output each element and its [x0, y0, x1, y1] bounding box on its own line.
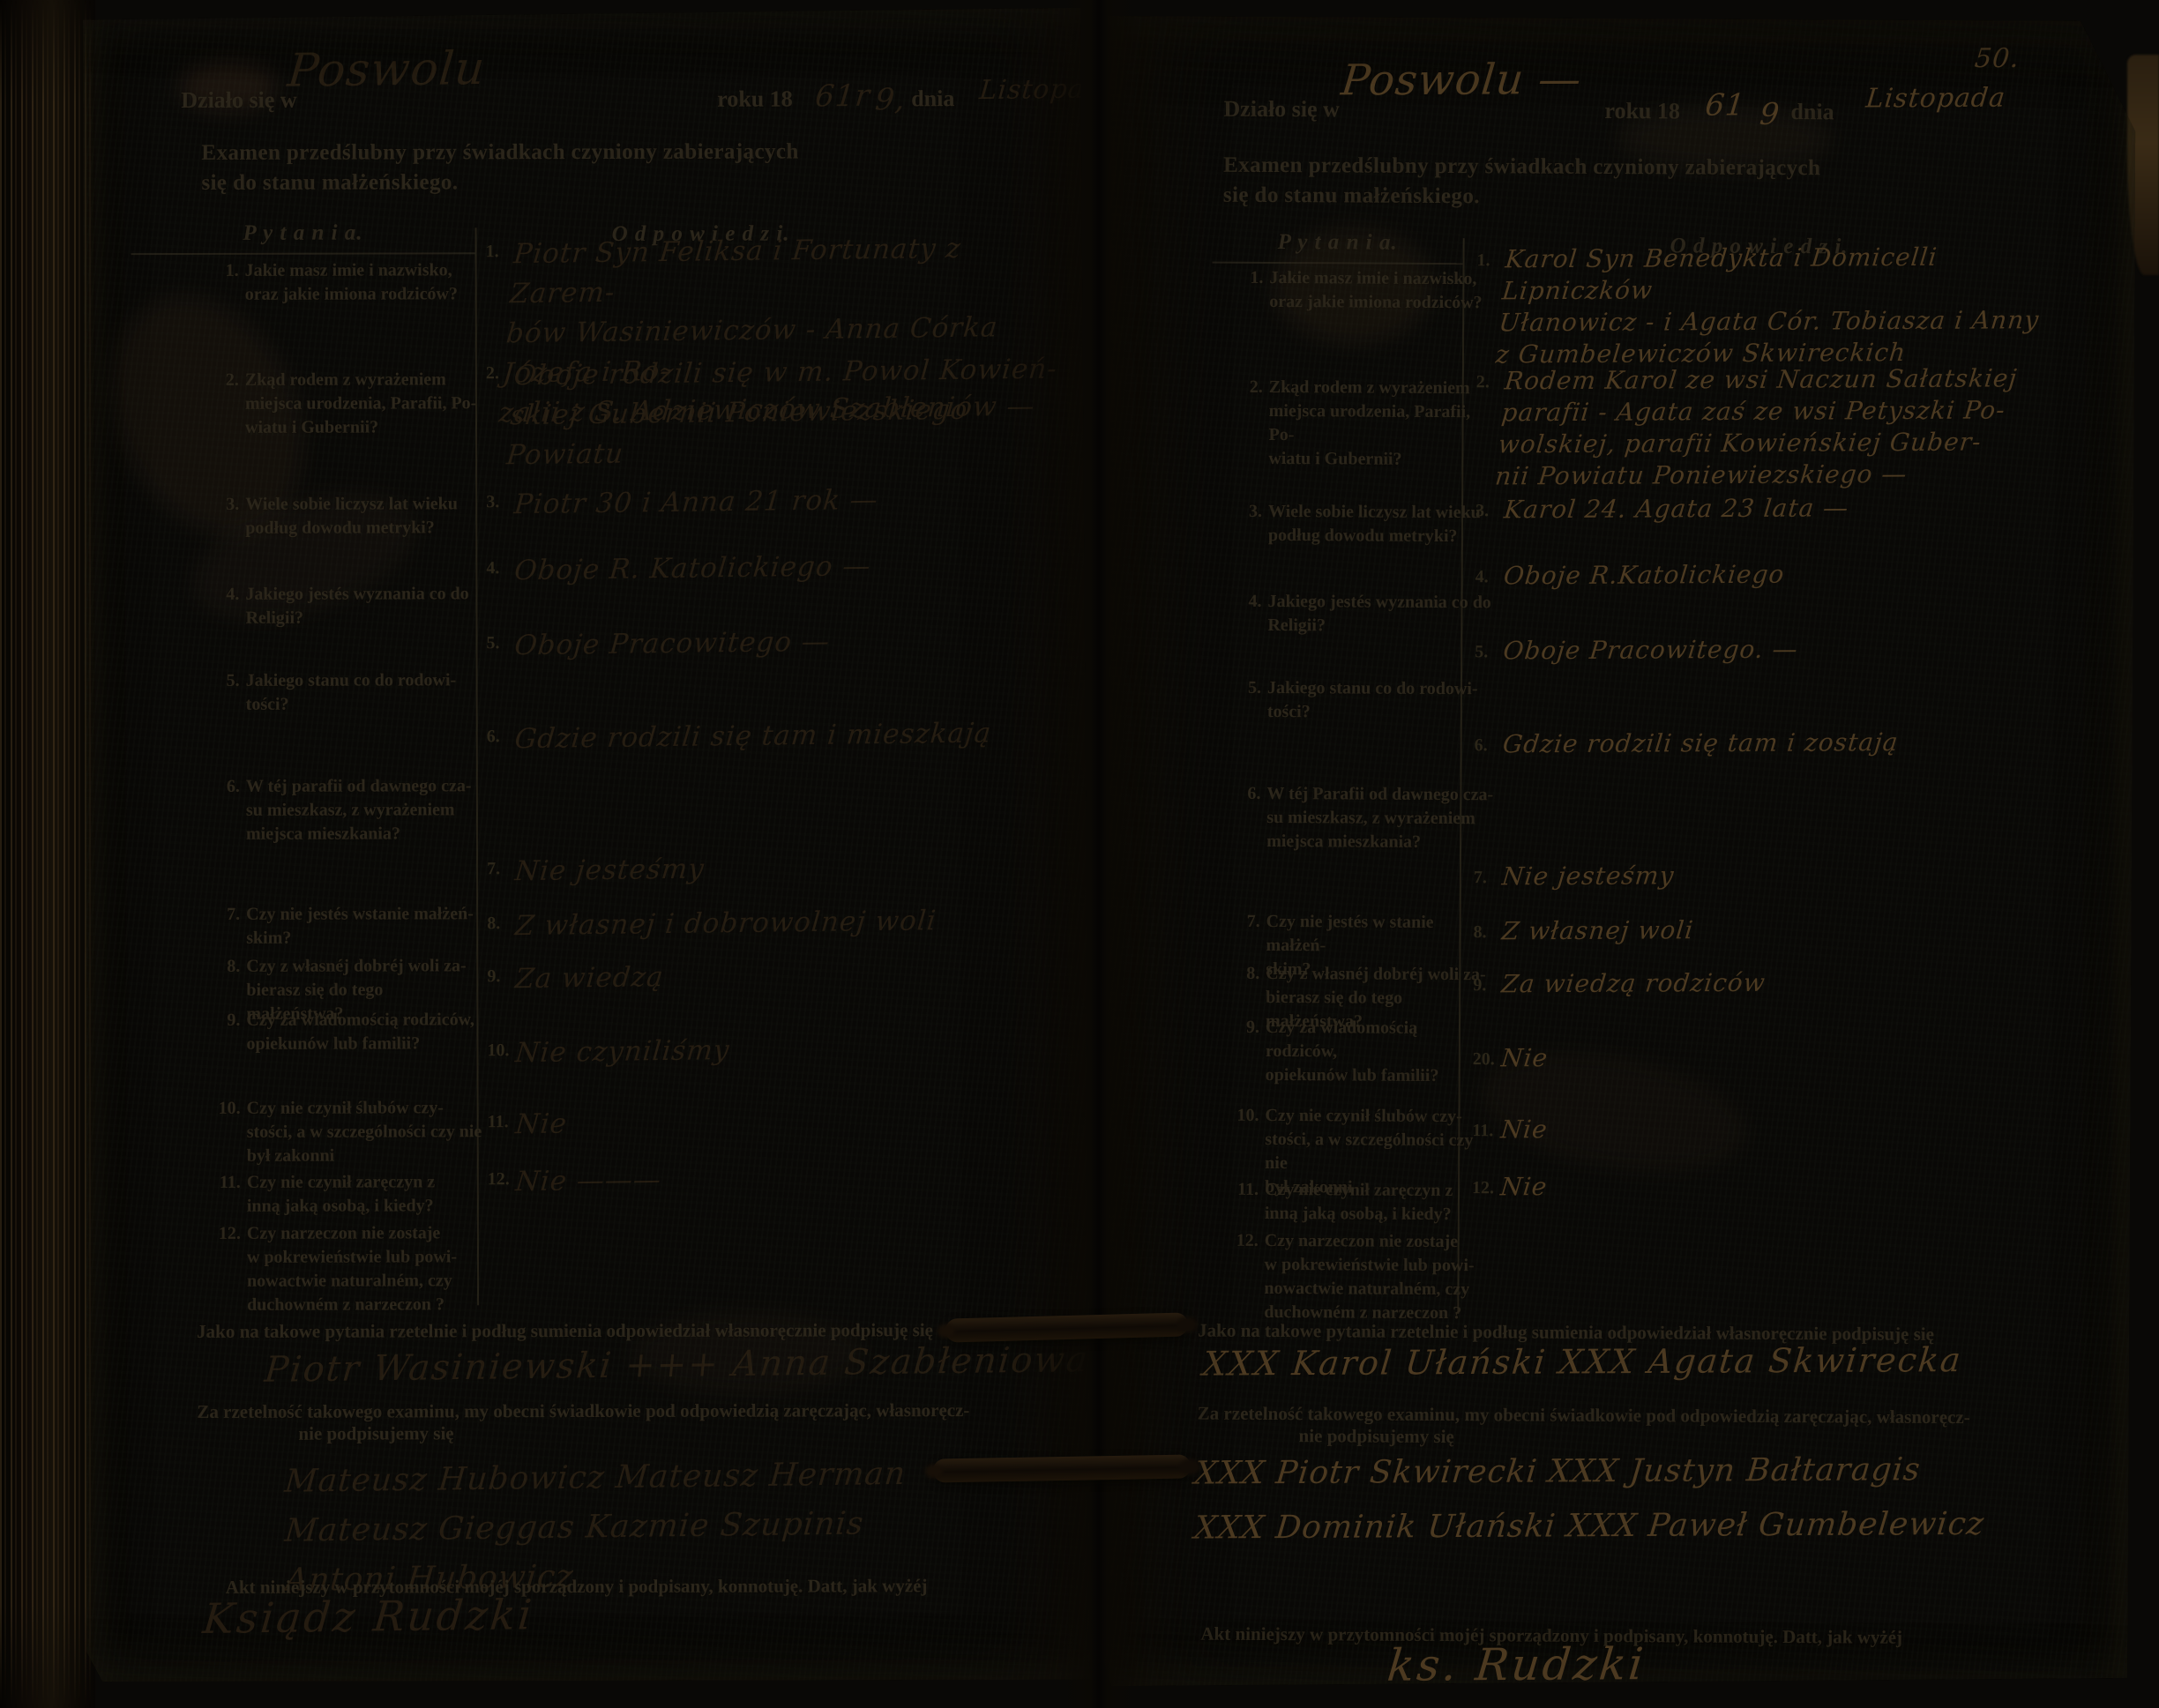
- clerk-signature: ks. Rudzki: [1386, 1638, 1648, 1691]
- question-number: 6.: [1229, 782, 1260, 854]
- question-number: 3.: [1230, 500, 1262, 548]
- answer-text: Karol Syn Benedykta i Domicelli Lipniczk…: [1494, 241, 2085, 371]
- question-text: Czy nie jestés wstanie małżeń- skim?: [246, 902, 474, 951]
- answers-column: 1. Karol Syn Benedykta i Domicelli Lipni…: [1471, 18, 2087, 1344]
- question-text: Zkąd rodem z wyrażeniem miejsca urodzeni…: [1268, 376, 1496, 472]
- answer-row: 5. Oboje Pracowitego —: [486, 625, 1059, 666]
- question-text: Czy za wiadomością rodziców, opiekunów l…: [1266, 1016, 1492, 1088]
- question-row: 1. Jakie masz imie i nazwisko, oraz jaki…: [207, 258, 482, 307]
- question-text: Wiele sobie liczysz lat wieku podług dow…: [245, 492, 458, 541]
- answer-number: 8.: [1473, 915, 1503, 947]
- answer-number: 11.: [488, 1105, 518, 1145]
- answer-number: 9.: [1473, 968, 1503, 1000]
- answer-row: 6. Gdzie rodzili się tam i mieszkają: [487, 719, 1060, 759]
- answer-text: Nie jesteśmy: [513, 849, 706, 891]
- answer-number: 6.: [487, 720, 517, 759]
- question-text: Czy za wiadomością rodziców, opiekunów l…: [246, 1008, 474, 1056]
- question-text: Wiele sobie liczysz lat wieku podług dow…: [1268, 500, 1481, 548]
- question-row: 9. Czy za wiadomością rodziców, opiekunó…: [1228, 1016, 1492, 1089]
- question-number: 5.: [1229, 676, 1261, 724]
- question-number: 1.: [207, 259, 239, 307]
- question-text: W téj Parafii od dawnego cza- su mieszka…: [1266, 782, 1493, 854]
- witness-signatures: XXX Piotr Skwirecki XXX Justyn Bałtaragi…: [1197, 1447, 2129, 1562]
- question-row: 4. Jakiego jestés wyznania co do Religii…: [207, 582, 482, 630]
- answer-text: Gdzie rodzili się tam i mieszkają: [513, 713, 994, 759]
- question-text: Jakiego stanu co do rodowi- tości?: [1267, 676, 1478, 725]
- answer-text: Oboje R.Katolickiego: [1502, 559, 1786, 593]
- answer-row: 5. Oboje Pracowitego. —: [1475, 635, 2083, 670]
- answer-number: 3.: [1475, 494, 1505, 526]
- witness-signature: Mateusz Gieggas Kazmie Szupinis: [282, 1499, 866, 1555]
- answer-row: 11. Nie: [488, 1104, 1061, 1145]
- answer-number: 20.: [1473, 1042, 1503, 1074]
- questions-column: 1. Jakie masz imie i nazwisko, oraz jaki…: [1226, 17, 1498, 1341]
- gutter-shadow: [1057, 0, 1141, 1708]
- question-row: 5. Jakiego stanu co do rodowi- tości?: [208, 668, 483, 717]
- answer-row: 3. Karol 24. Agata 23 lata —: [1475, 494, 2084, 529]
- question-text: W téj parafii od dawnego cza- su mieszka…: [246, 774, 472, 847]
- answer-row: 8. Z własnej woli: [1473, 915, 2081, 951]
- question-number: 4.: [1229, 590, 1261, 638]
- answer-text: Za wiedzą: [513, 958, 665, 999]
- answer-text: Nie czyniliśmy: [513, 1031, 731, 1073]
- question-text: Jakiego jestés wyznania co do Religii?: [1267, 590, 1491, 638]
- question-row: 4. Jakiego jestés wyznania co do Religii…: [1229, 590, 1494, 639]
- answer-text: Piotr 30 i Anna 21 rok —: [512, 481, 880, 525]
- question-text: Jakiego stanu co do rodowi- tości?: [246, 668, 457, 716]
- right-page: 50. Działo się w Poswolu — roku 18 61 9 …: [1099, 16, 2136, 1691]
- answer-row: 9. Za wiedzą: [487, 958, 1060, 999]
- answer-number: 12.: [1472, 1171, 1502, 1203]
- question-row: 5. Jakiego stanu co do rodowi- tości?: [1229, 676, 1494, 726]
- answer-text: Nie: [1499, 1114, 1550, 1145]
- answer-row: 3. Piotr 30 i Anna 21 rok —: [486, 484, 1059, 525]
- answer-number: 9.: [487, 959, 517, 999]
- question-row: 11. Czy nie czynił zaręczyn z inną jaką …: [209, 1170, 484, 1219]
- question-text: Czy narzeczon nie zostaje w pokrewieństw…: [1264, 1229, 1475, 1325]
- answer-text: Rodem Karol ze wsi Naczun Sałatskiej par…: [1494, 362, 2019, 492]
- answer-row: 2. Rodem Karol ze wsi Naczun Sałatskiej …: [1475, 365, 2085, 496]
- question-text: Zkąd rodem z wyrażeniem miejsca urodzeni…: [245, 368, 477, 440]
- question-row: 6. W téj parafii od dawnego cza- su mies…: [208, 774, 483, 847]
- question-row: 9. Czy za wiadomością rodziców, opiekunó…: [208, 1008, 483, 1056]
- answer-number: 3.: [486, 485, 516, 525]
- question-number: 12.: [1226, 1229, 1259, 1324]
- question-text: Czy nie czynił ślubów czy- stości, a w s…: [247, 1096, 482, 1168]
- left-page: Działo się w Poswolu roku 18 61r 9, dnia…: [83, 8, 1092, 1682]
- answer-row: 20. Nie: [1473, 1042, 2081, 1078]
- question-text: Czy narzeczon nie zostaje w pokrewieństw…: [247, 1221, 457, 1316]
- question-row: 2. Zkąd rodem z wyrażeniem miejsca urodz…: [1230, 376, 1496, 473]
- question-number: 1.: [1231, 266, 1263, 314]
- answer-text: Nie: [1499, 1042, 1550, 1074]
- question-number: 3.: [207, 493, 239, 541]
- question-number: 7.: [208, 903, 240, 951]
- question-row: 10. Czy nie czynił ślubów czy- stości, a…: [209, 1096, 484, 1168]
- party-signature: Piotr Wasiniewski +++ Anna Szabłeniowa +…: [263, 1339, 1167, 1391]
- answer-number: 4.: [1475, 560, 1505, 592]
- witness-signature: XXX Dominik Ułański XXX Paweł Gumbelewic…: [1192, 1497, 1987, 1556]
- question-number: 6.: [208, 775, 240, 847]
- witnesses-statement: Za rzetelność takowego examinu, my obecn…: [197, 1399, 1162, 1445]
- question-row: 3. Wiele sobie liczysz lat wieku podług …: [1230, 500, 1495, 549]
- question-row: 11. Czy nie czynił zaręczyn z inną jaką …: [1227, 1178, 1491, 1227]
- answer-row: 2. Oboje rodzili się w m. Powol Kowień- …: [486, 355, 1059, 475]
- question-number: 9.: [1228, 1016, 1259, 1087]
- question-row: 1. Jakie masz imie i nazwisko, oraz jaki…: [1231, 266, 1496, 316]
- question-number: 5.: [208, 669, 240, 717]
- answer-number: 5.: [486, 626, 516, 666]
- answer-row: 4. Oboje R.Katolickiego: [1475, 560, 2084, 595]
- book-spine-page-edges: [0, 0, 95, 1708]
- answer-text: Z własnej woli: [1500, 914, 1695, 947]
- answer-number: 7.: [1474, 861, 1504, 892]
- answers-column: 1. Piotr Syn Feliksa i Fortunaty z Zarem…: [485, 8, 1061, 1331]
- witness-signature: XXX Piotr Skwirecki XXX Justyn Bałtaragi…: [1192, 1443, 1923, 1501]
- answer-row: 6. Gdzie rodzili się tam i zostają: [1475, 728, 2083, 764]
- witness-signature: Mateusz Hubowicz Mateusz Herman: [282, 1450, 908, 1507]
- answer-number: 8.: [487, 906, 517, 946]
- question-number: 2.: [207, 369, 239, 440]
- question-text: Jakie masz imie i nazwisko, oraz jakie i…: [1269, 266, 1483, 315]
- question-number: 11.: [209, 1171, 241, 1219]
- question-text: Jakiego jestés wyznania co do Religii?: [245, 582, 468, 630]
- answer-row: 12. Nie ———: [488, 1161, 1061, 1202]
- answer-row: 12. Nie: [1472, 1171, 2081, 1206]
- book-scan: Działo się w Poswolu roku 18 61r 9, dnia…: [0, 0, 2159, 1708]
- answer-text: Nie jesteśmy: [1500, 860, 1676, 892]
- answer-text: Oboje Pracowitego. —: [1502, 634, 1800, 668]
- questions-column: 1. Jakie masz imie i nazwisko, oraz jaki…: [206, 9, 484, 1332]
- question-text: Czy nie czynił zaręczyn z inną jaką osob…: [1265, 1178, 1453, 1227]
- question-row: 3. Wiele sobie liczysz lat wieku podług …: [207, 492, 482, 541]
- answer-row: 4. Oboje R. Katolickiego —: [486, 550, 1059, 591]
- answer-number: 7.: [487, 852, 517, 891]
- answer-row: 1. Karol Syn Benedykta i Domicelli Lipni…: [1476, 243, 2086, 374]
- answer-number: 6.: [1475, 728, 1505, 760]
- answer-number: 5.: [1475, 635, 1505, 667]
- question-number: 10.: [209, 1097, 241, 1168]
- answer-number: 12.: [488, 1162, 518, 1202]
- answer-number: 10.: [487, 1033, 517, 1073]
- answer-row: 7. Nie jesteśmy: [1474, 861, 2082, 896]
- answer-text: Karol 24. Agata 23 lata —: [1503, 492, 1850, 526]
- answer-row: 7. Nie jesteśmy: [487, 851, 1060, 891]
- answer-row: 11. Nie: [1472, 1114, 2081, 1149]
- question-text: Jakie masz imie i nazwisko, oraz jakie i…: [245, 258, 458, 307]
- question-number: 11.: [1227, 1178, 1259, 1226]
- answer-text: Nie: [1499, 1171, 1550, 1203]
- answer-text: Za wiedzą rodziców: [1500, 967, 1767, 1001]
- clerk-signature: Ksiądz Rudzki: [201, 1591, 536, 1644]
- question-text: Czy nie czynił zaręczyn z inną jaką osob…: [247, 1170, 435, 1218]
- answer-row: 9. Za wiedzą rodziców: [1473, 968, 2081, 1003]
- question-row: 12. Czy narzeczon nie zostaje w pokrewie…: [1226, 1229, 1491, 1326]
- question-row: 12. Czy narzeczon nie zostaje w pokrewie…: [209, 1221, 484, 1317]
- answer-text: Gdzie rodzili się tam i zostają: [1501, 727, 1900, 760]
- answer-text: Oboje rodzili się w m. Powol Kowień- ski…: [504, 349, 1058, 475]
- answer-row: 10. Nie czyniliśmy: [487, 1033, 1060, 1073]
- question-number: 9.: [208, 1009, 240, 1056]
- question-row: 2. Zkąd rodem z wyrażeniem miejsca urodz…: [207, 368, 482, 440]
- party-statement: Jako na takowe pytania rzetelnie i podłu…: [197, 1319, 933, 1343]
- answer-text: Z własnej i dobrowolnej woli: [513, 901, 938, 946]
- question-number: 12.: [209, 1222, 241, 1317]
- party-signature: XXX Karol Ułański XXX Agata Skwirecka: [1201, 1340, 1964, 1384]
- answer-text: Nie: [513, 1104, 569, 1145]
- question-number: 2.: [1230, 376, 1263, 471]
- answer-number: 11.: [1472, 1114, 1502, 1145]
- answer-row: 8. Z własnej i dobrowolnej woli: [487, 906, 1060, 946]
- answer-text: Nie ———: [514, 1160, 663, 1202]
- question-row: 7. Czy nie jestés wstanie małżeń- skim?: [208, 902, 483, 951]
- answer-text: Oboje R. Katolickiego —: [512, 547, 872, 591]
- question-number: 4.: [207, 583, 239, 630]
- answer-number: 4.: [486, 551, 516, 591]
- answer-text: Oboje Pracowitego —: [512, 623, 832, 667]
- question-row: 6. W téj Parafii od dawnego cza- su mies…: [1229, 782, 1493, 855]
- binding-cord-bottom: [933, 1454, 1191, 1482]
